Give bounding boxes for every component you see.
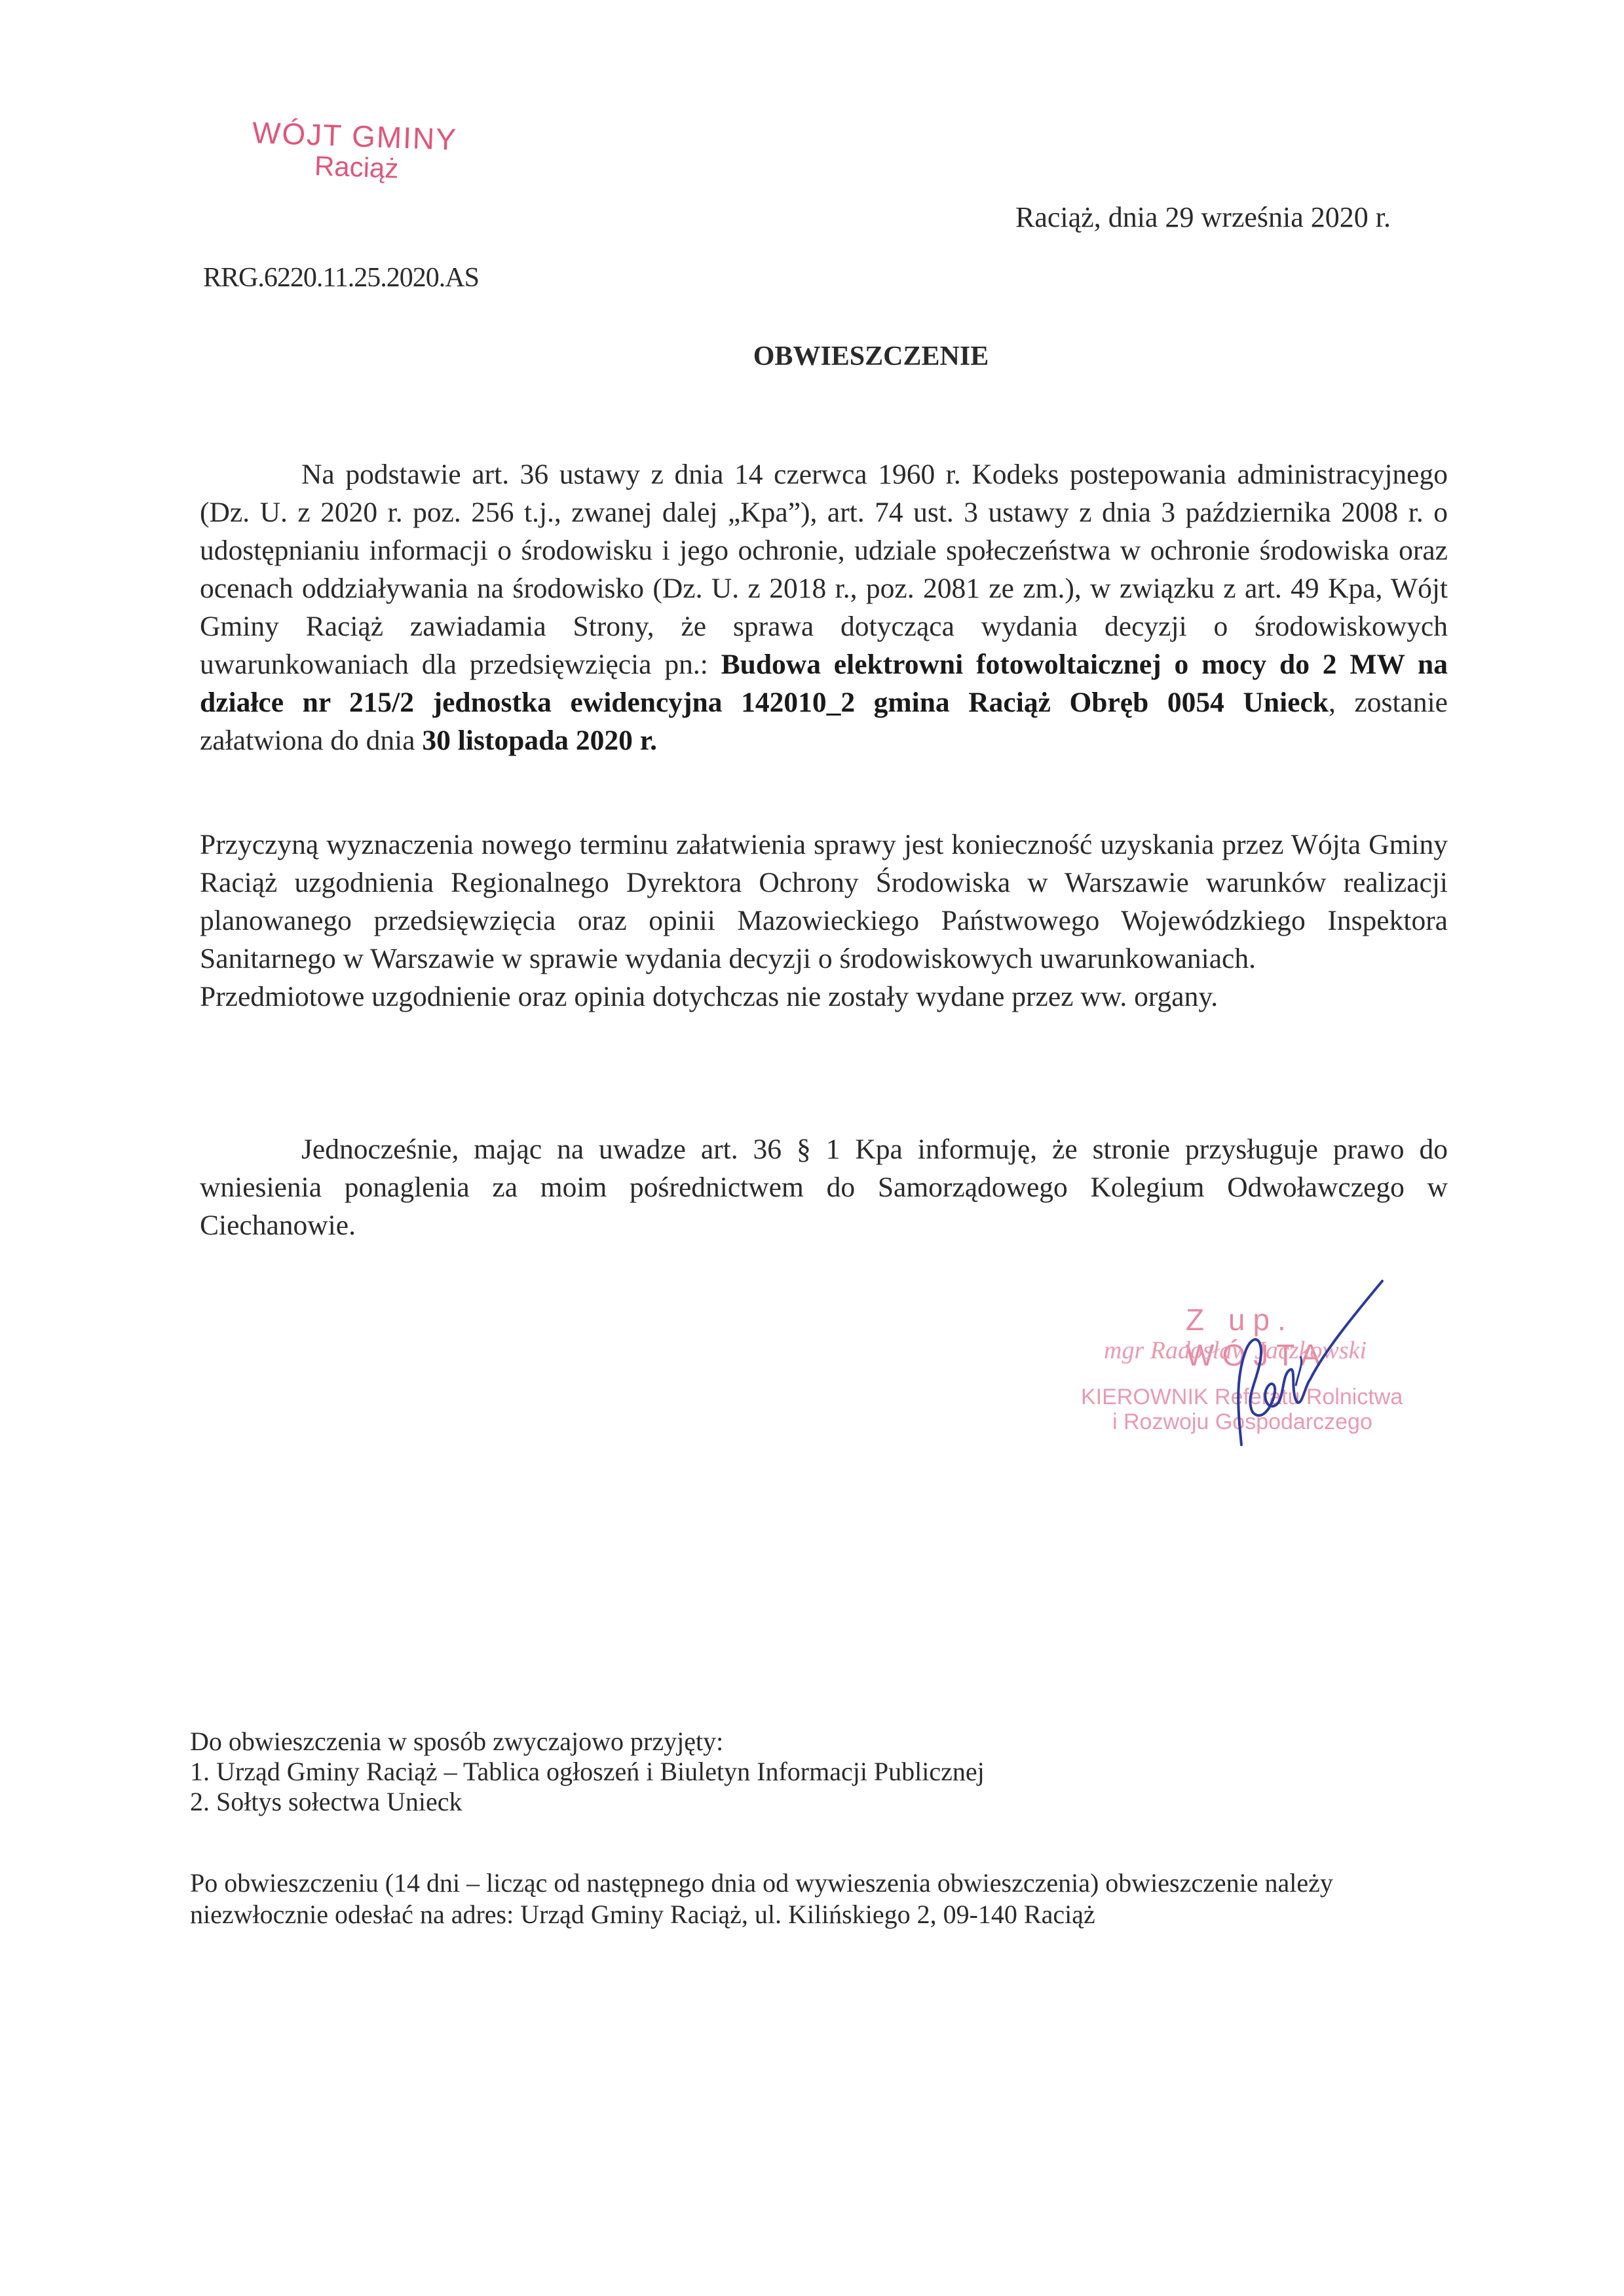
- distribution-heading: Do obwieszczenia w sposób zwyczajowo prz…: [190, 1727, 985, 1757]
- paragraph-reason: Przyczyną wyznaczenia nowego terminu zał…: [200, 826, 1448, 1016]
- handwritten-signature-icon: [1074, 1215, 1441, 1478]
- signature-block: Z up. WÓJTA mgr Radosław Jaczkowski KIER…: [1074, 1288, 1441, 1458]
- stamp-line-2: Raciąż: [314, 150, 458, 187]
- deadline-date: 30 listopada 2020 r.: [422, 725, 657, 756]
- return-instructions: Po obwieszczeniu (14 dni – licząc od nas…: [190, 1867, 1422, 1930]
- paragraph-legal-basis: Na podstawie art. 36 ustawy z dnia 14 cz…: [200, 455, 1448, 759]
- document-title: OBWIESZCZENIE: [0, 341, 1624, 372]
- distribution-list: Do obwieszczenia w sposób zwyczajowo prz…: [190, 1727, 985, 1817]
- reference-number: RRG.6220.11.25.2020.AS: [203, 262, 479, 294]
- stamp-line-1: WÓJT GMINY: [252, 115, 458, 157]
- office-stamp: WÓJT GMINY Raciąż: [252, 115, 457, 184]
- place-and-date: Raciąż, dnia 29 września 2020 r.: [1015, 201, 1391, 234]
- distribution-item: 1. Urząd Gminy Raciąż – Tablica ogłoszeń…: [190, 1757, 985, 1787]
- distribution-item: 2. Sołtys sołectwa Unieck: [190, 1787, 985, 1817]
